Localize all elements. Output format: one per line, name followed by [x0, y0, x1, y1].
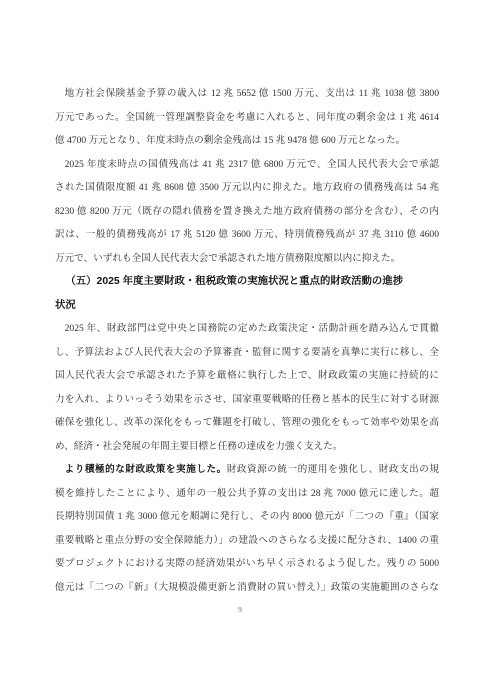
text-line: 億 4700 万元となり、年度末時点の剰余金残高は 15 兆 9478 億 60…	[55, 129, 439, 153]
text-line: 訳は、一般的債務残高が 17 兆 5120 億 3600 万元、特別債務残高が …	[55, 223, 439, 247]
text-line: 力を入れ、よりいっそう効果を示させ、国家重要戦略的任務と基本的民生に対する財源	[55, 388, 439, 412]
text-line: 地方社会保険基金予算の歳入は 12 兆 5652 億 1500 万元、支出は 1…	[55, 82, 439, 106]
text-line: （五）2025 年度主要財政・租税政策の実施状況と重点的財政活動の進捗	[55, 270, 439, 294]
bold-lead-text: より積極的な財政政策を実施した。	[65, 464, 227, 475]
text-line: された国債限度額 41 兆 8608 億 3500 万元以内に抑えた。地方政府の…	[55, 176, 439, 200]
text-line: 万元であった。全国統一管理調整資金を考慮に入れると、同年度の剰余金は 1 兆 4…	[55, 106, 439, 130]
page-number: 9	[0, 603, 480, 617]
text-line: 2025 年、財政部門は党中央と国務院の定めた政策決定・活動計画を踏み込んで貫徹	[55, 317, 439, 341]
text-line: 長期特別国債 1 兆 3000 億元を順調に発行し、その内 8000 億元が「二…	[55, 505, 439, 529]
section-heading: （五）2025 年度主要財政・租税政策の実施状況と重点的財政活動の進捗状況	[55, 270, 439, 317]
text-line: 2025 年度末時点の国債残高は 41 兆 2317 億 6800 万元で、全国…	[55, 153, 439, 177]
text-line: 億元は「二つの『新』（大規模設備更新と消費財の買い替え）」政策の実施範囲のさらな	[55, 576, 439, 600]
paragraph: 2025 年度末時点の国債残高は 41 兆 2317 億 6800 万元で、全国…	[55, 153, 439, 271]
text-line: 万元で、いずれも全国人民代表大会で承認された地方債務限度額以内に抑えた。	[55, 247, 439, 271]
text-line: 8230 億 8200 万元（既存の隠れ債務を置き換えた地方政府債務の部分を含む…	[55, 200, 439, 224]
text-line: 国人民代表大会で承認された予算を厳格に執行した上で、財政政策の実施に持続的に	[55, 364, 439, 388]
text-line: し、予算法および人民代表大会の予算審査・監督に関する要請を真摯に実行に移し、全	[55, 341, 439, 365]
paragraph: 2025 年、財政部門は党中央と国務院の定めた政策決定・活動計画を踏み込んで貫徹…	[55, 317, 439, 458]
text-line: より積極的な財政政策を実施した。財政資源の統一的運用を強化し、財政支出の規	[55, 458, 439, 482]
text-line: 確保を強化し、改革の深化をもって難題を打破し、管理の強化をもって効率や効果を高	[55, 411, 439, 435]
text-line: 要プロジェクトにおける実際の経済効果がいち早く示されるよう促した。残りの 500…	[55, 552, 439, 576]
document-body: 地方社会保険基金予算の歳入は 12 兆 5652 億 1500 万元、支出は 1…	[55, 82, 439, 599]
document-page: 地方社会保険基金予算の歳入は 12 兆 5652 億 1500 万元、支出は 1…	[0, 0, 480, 679]
lead-rest-text: 財政資源の統一的運用を強化し、財政支出の規	[227, 464, 439, 475]
text-line: 重要戦略と重点分野の安全保障能力）」の建設へのさらなる支援に配分され、1400 …	[55, 529, 439, 553]
paragraph: より積極的な財政政策を実施した。財政資源の統一的運用を強化し、財政支出の規模を維…	[55, 458, 439, 599]
text-line: 状況	[55, 294, 439, 318]
paragraph: 地方社会保険基金予算の歳入は 12 兆 5652 億 1500 万元、支出は 1…	[55, 82, 439, 153]
text-line: 模を維持したことにより、通年の一般公共予算の支出は 28 兆 7000 億元に達…	[55, 482, 439, 506]
text-line: め、経済・社会発展の年間主要目標と任務の達成を力強く支えた。	[55, 435, 439, 459]
